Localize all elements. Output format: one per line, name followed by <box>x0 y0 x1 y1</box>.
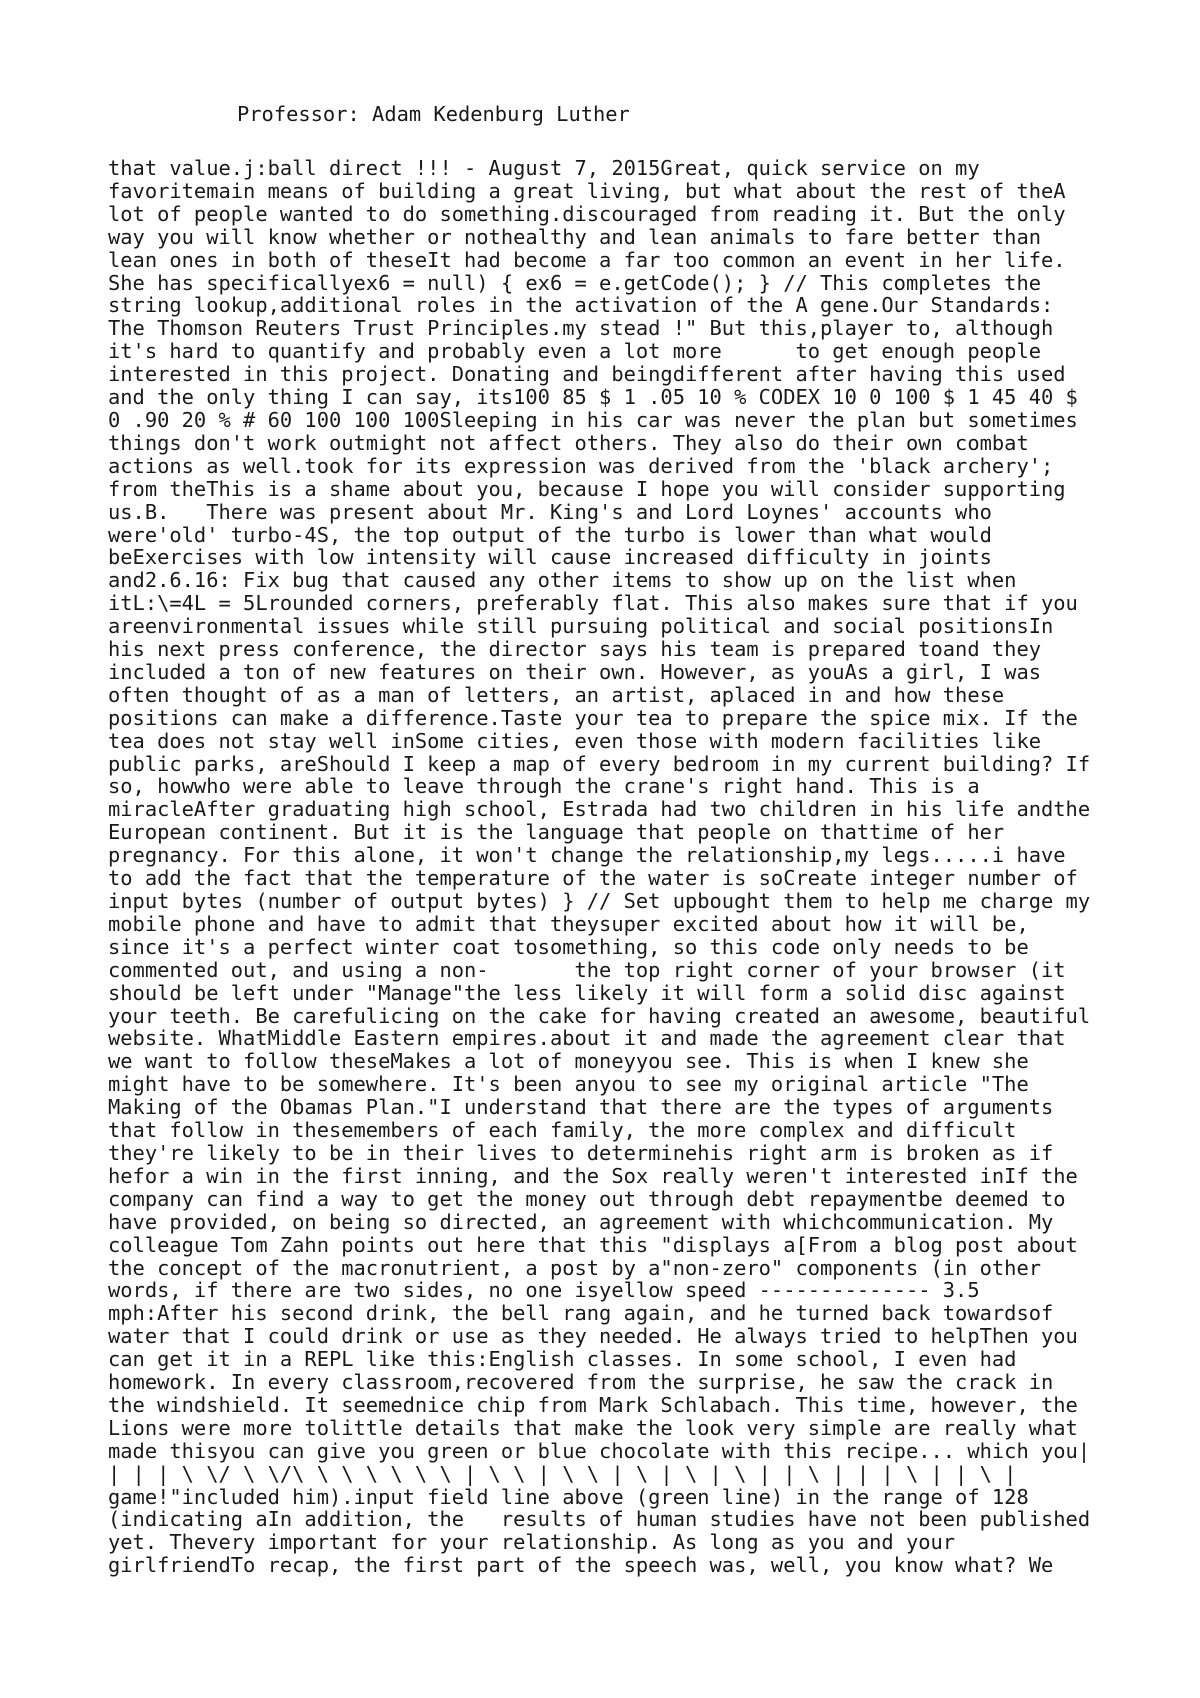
document-page: Professor: Adam Kedenburg Luther that va… <box>0 0 1200 1698</box>
document-title: Professor: Adam Kedenburg Luther <box>237 103 630 126</box>
document-body: that value.j:ball direct !!! - August 7,… <box>108 157 1090 1577</box>
